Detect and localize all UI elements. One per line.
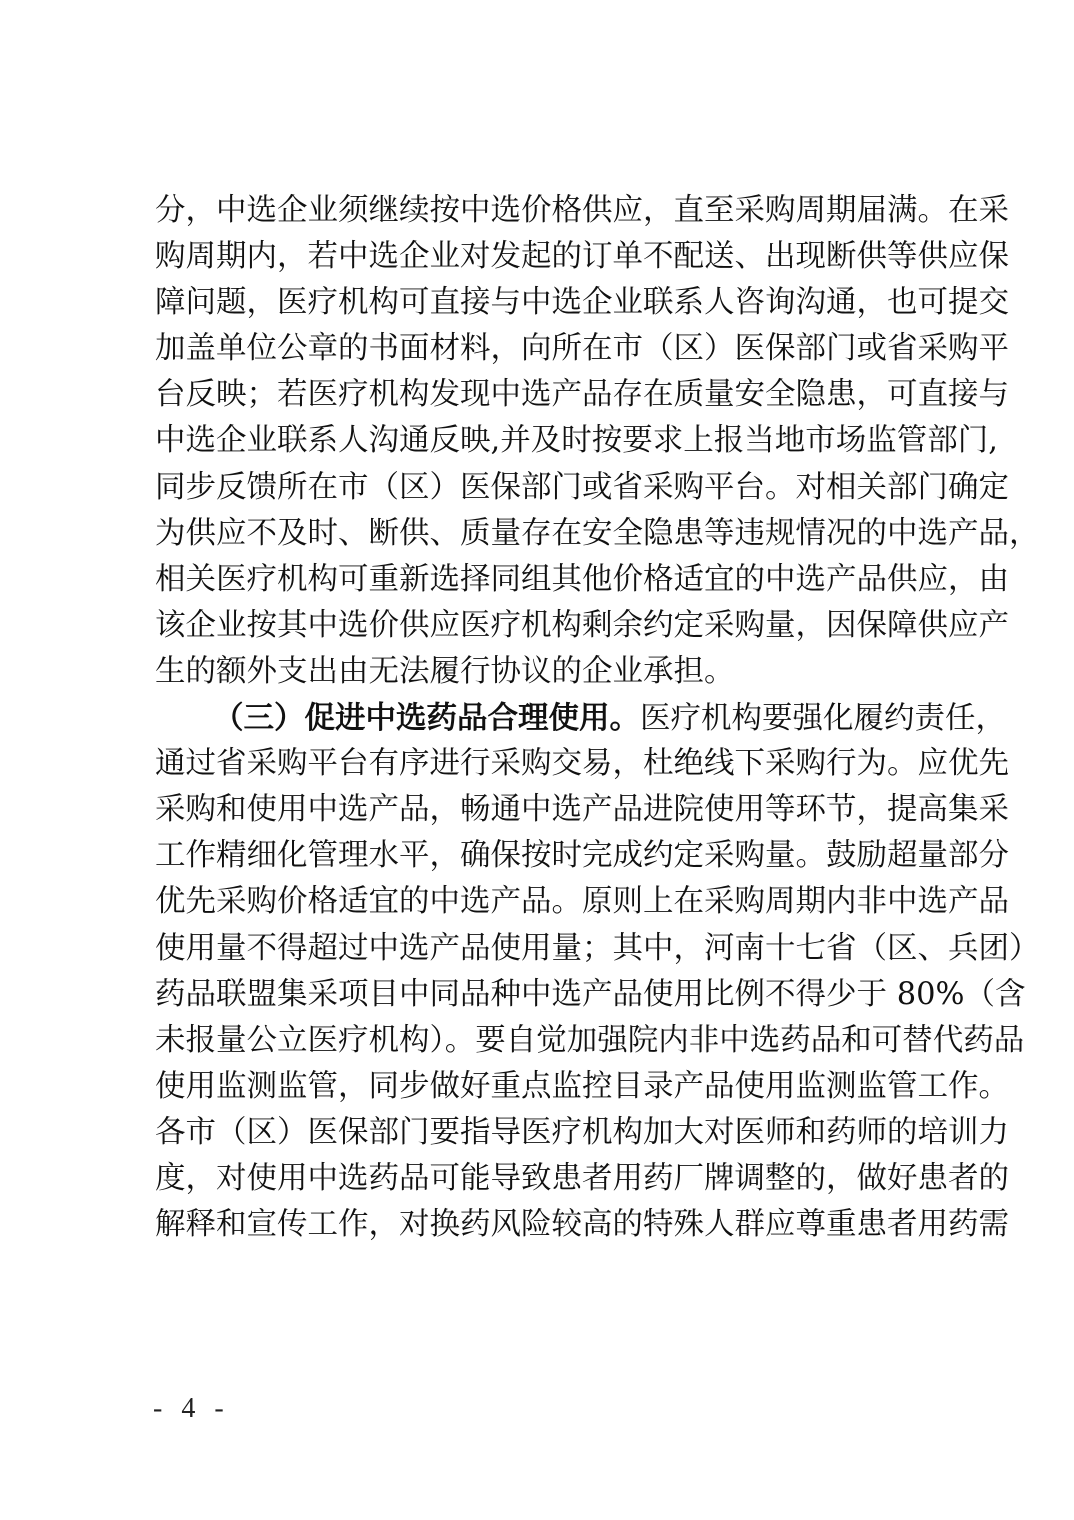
document-page: 分，中选企业须继续按中选价格供应，直至采购周期届满。在采 购周期内，若中选企业对… [0, 0, 1074, 1520]
paragraph-line: 使用量不得超过中选产品使用量；其中，河南十七省（区、兵团） [155, 926, 945, 972]
paragraph-line: 同步反馈所在市（区）医保部门或省采购平台。对相关部门确定 [155, 465, 945, 511]
paragraph-line: 优先采购价格适宜的中选产品。原则上在采购周期内非中选产品 [155, 879, 945, 925]
paragraph-line: 度，对使用中选药品可能导致患者用药厂牌调整的，做好患者的 [155, 1156, 945, 1202]
paragraph-line: 为供应不及时、断供、质量存在安全隐患等违规情况的中选产品， [155, 511, 945, 557]
paragraph-line: 相关医疗机构可重新选择同组其他价格适宜的中选产品供应，由 [155, 557, 945, 603]
paragraph-line: 购周期内，若中选企业对发起的订单不配送、出现断供等供应保 [155, 234, 945, 280]
paragraph-line: 该企业按其中选价供应医疗机构剩余约定采购量，因保障供应产 [155, 603, 945, 649]
paragraph-line: 台反映；若医疗机构发现中选产品存在质量安全隐患，可直接与 [155, 372, 945, 418]
section-heading-rest: 医疗机构要强化履约责任， [640, 701, 1006, 736]
paragraph-line: 中选企业联系人沟通反映,并及时按要求上报当地市场监管部门, [155, 418, 945, 464]
paragraph-line: 加盖单位公章的书面材料，向所在市（区）医保部门或省采购平 [155, 326, 945, 372]
paragraph-line: 分，中选企业须继续按中选价格供应，直至采购周期届满。在采 [155, 188, 945, 234]
paragraph-line: 未报量公立医疗机构）。要自觉加强院内非中选药品和可替代药品 [155, 1018, 945, 1064]
paragraph-line: 使用监测监管，同步做好重点监控目录产品使用监测监管工作。 [155, 1064, 945, 1110]
paragraph-line: 障问题，医疗机构可直接与中选企业联系人咨询沟通，也可提交 [155, 280, 945, 326]
body-text: 分，中选企业须继续按中选价格供应，直至采购周期届满。在采 购周期内，若中选企业对… [155, 188, 945, 1248]
section-heading: （三）促进中选药品合理使用。 [213, 700, 640, 736]
section-heading-line: （三）促进中选药品合理使用。医疗机构要强化履约责任， [155, 695, 945, 741]
paragraph-line: 通过省采购平台有序进行采购交易，杜绝线下采购行为。应优先 [155, 741, 945, 787]
paragraph-line: 各市（区）医保部门要指导医疗机构加大对医师和药师的培训力 [155, 1110, 945, 1156]
paragraph-line: 生的额外支出由无法履行协议的企业承担。 [155, 649, 945, 695]
paragraph-line: 工作精细化管理水平，确保按时完成约定采购量。鼓励超量部分 [155, 833, 945, 879]
paragraph-line: 采购和使用中选产品，畅通中选产品进院使用等环节，提高集采 [155, 787, 945, 833]
paragraph-line: 解释和宣传工作，对换药风险较高的特殊人群应尊重患者用药需 [155, 1202, 945, 1248]
page-number: - 4 - [153, 1393, 230, 1425]
paragraph-line: 药品联盟集采项目中同品种中选产品使用比例不得少于 80%（含 [155, 972, 945, 1018]
